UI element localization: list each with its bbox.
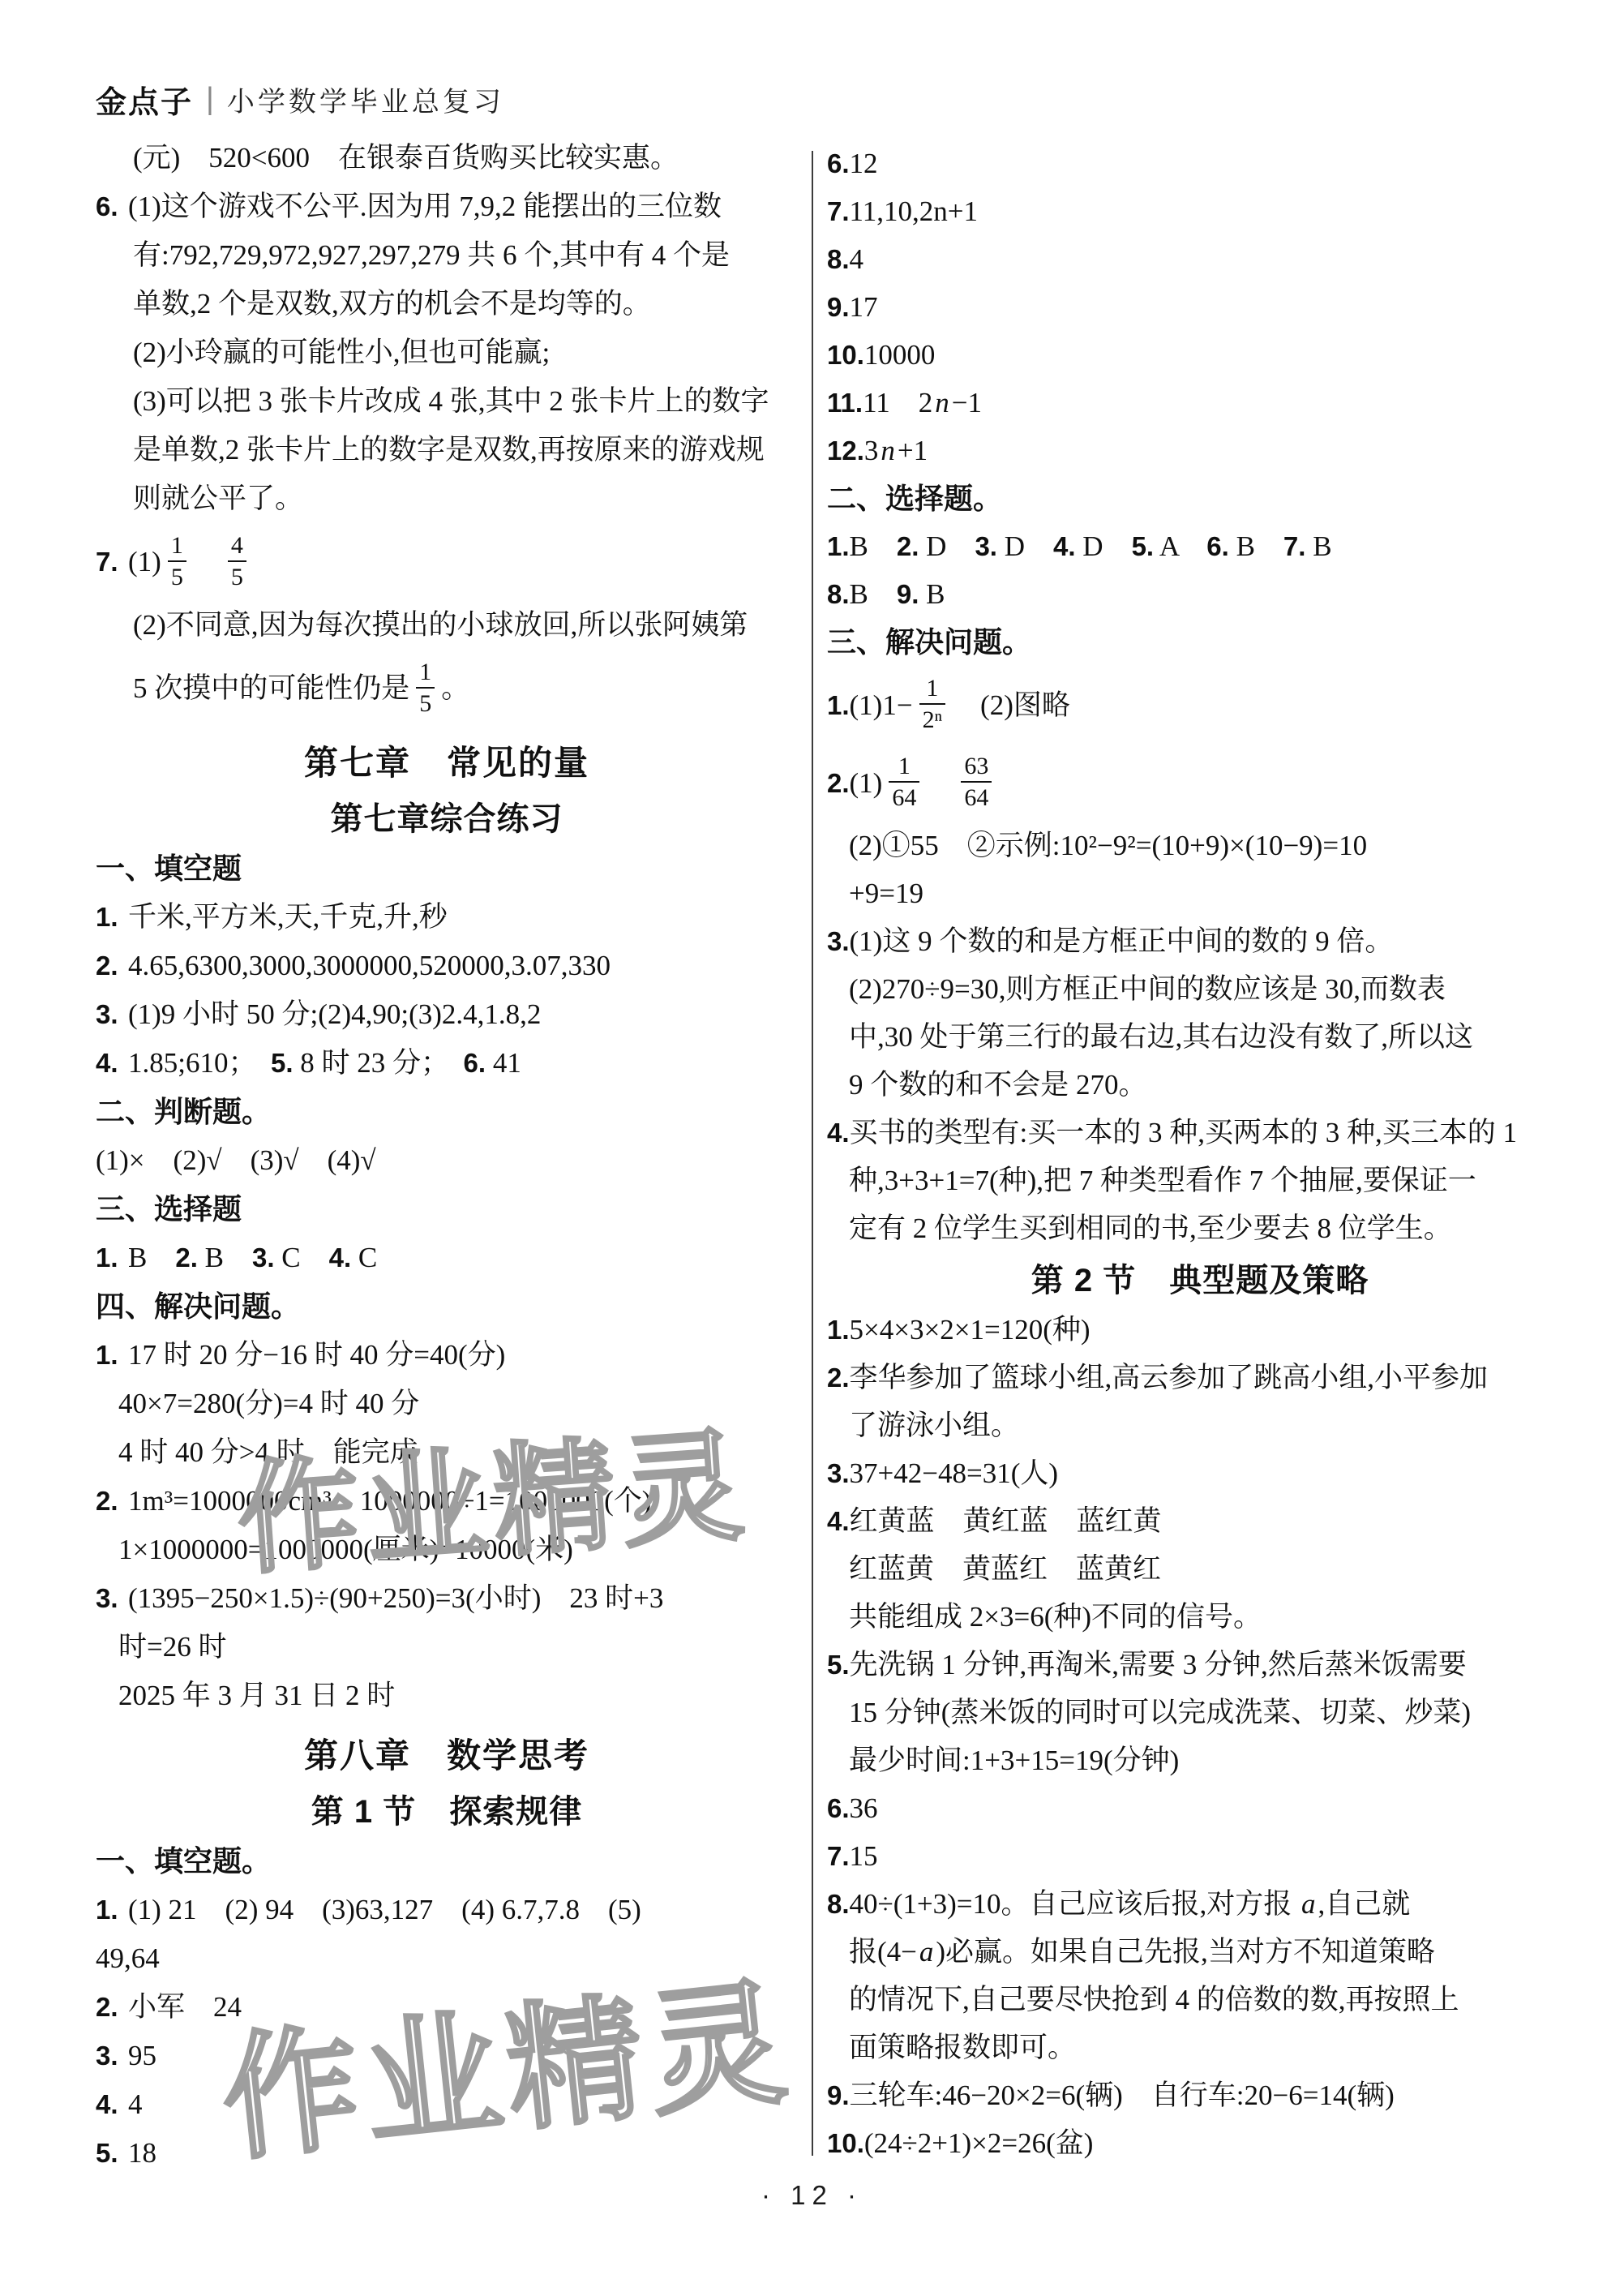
answer-line: 3.(1)9 小时 50 分;(2)4,90;(3)2.4,1.8,2 [96,990,798,1039]
answer-line: 最少时间:1+3+15=19(分钟) [827,1736,1573,1784]
answer-text: (1) [850,759,883,807]
answer-text: 36 [850,1792,878,1824]
answer-line: 2.1m³=1000000cm³ 1000000÷1=1000000(个) [96,1477,798,1526]
answer-line: 49,64 [96,1934,798,1983]
answer-line: 6.12 [827,139,1573,187]
fraction-denominator: 5 [228,560,246,593]
answer-line: 4.4 [96,2080,798,2129]
answer-text: ,自己就 [1318,1888,1411,1920]
answer-text: 5 次摸中的可能性仍是 [133,664,409,713]
fraction: 15 [168,531,186,593]
fraction-numerator: 4 [228,531,246,560]
item-number: 4. [827,1497,850,1545]
fraction-numerator: 1 [923,674,941,703]
answer-line: 5.先洗锅 1 分钟,再淘米,需要 3 分钟,然后蒸米饭需要 [827,1641,1573,1689]
section-heading: 第 1 节 探索规律 [96,1783,798,1837]
answer-line: (2)小玲赢的可能性小,但也可能赢; [96,328,798,377]
item-number-inline: 3. [975,531,997,561]
item-number: 1. [827,522,850,570]
answer-text: C [351,1242,377,1273]
answer-text [193,538,221,586]
answer-line: 15 分钟(蒸米饭的同时可以完成洗菜、切菜、炒菜) [827,1689,1573,1736]
answer-line: 1.B 2. B 3. C 4. C [96,1234,798,1282]
answer-text: 4 [850,243,864,275]
answer-text: (2)图略 [952,681,1070,729]
page-header: 金点子 | 小学数学毕业总复习 [96,78,504,120]
answer-line: 40×7=280(分)=4 时 40 分 [96,1380,798,1428]
fraction: 6364 [961,752,992,813]
section-label: 二、选择题。 [827,474,1573,522]
answer-text: (24÷2+1)×2=26(盆) [864,2127,1094,2159]
answer-text: B [919,578,945,610]
answer-text: 是单数,2 张卡片上的数字是双数,再按原来的游戏规 [133,434,765,466]
answer-line: 是单数,2 张卡片上的数字是双数,再按原来的游戏规 [96,426,798,474]
item-number: 1. [827,1306,850,1354]
fraction-numerator: 1 [895,752,914,781]
item-number: 5. [96,2129,128,2178]
answer-line: 中,30 处于第三行的最右边,其右边没有数了,所以这 [827,1013,1573,1061]
item-number: 1. [96,1234,128,1282]
item-number: 9. [827,2071,850,2119]
fraction: 45 [228,531,246,593]
answer-text: 先洗锅 1 分钟,再淘米,需要 3 分钟,然后蒸米饭需要 [850,1649,1467,1680]
answer-line: 7.11,10,2n+1 [827,187,1573,235]
answer-text: 中,30 处于第三行的最右边,其右边没有数了,所以这 [849,1021,1473,1053]
item-number: 6. [96,182,128,231]
fraction: 15 [416,658,435,719]
answer-text: D [1076,530,1132,562]
item-number: 9. [827,283,850,331]
item-number: 5. [827,1641,850,1689]
answer-text: A [1154,530,1206,562]
answer-text: (1)这 9 个数的和是方框正中间的数的 9 倍。 [850,925,1394,957]
answer-text: 17 时 20 分−16 时 40 分=40(分) [128,1339,505,1371]
answer-text: 12 [850,148,878,179]
item-number-inline: 3. [252,1243,275,1273]
answer-line: 6.36 [827,1784,1573,1832]
answer-line: (1)× (2)√ (3)√ (4)√ [96,1136,798,1185]
item-number: 10. [827,331,864,379]
fraction-denominator: 64 [961,781,992,813]
answer-text: 报(4− [849,1936,917,1968]
item-number: 3. [96,990,128,1039]
answer-line: 种,3+3+1=7(种),把 7 种类型看作 7 个抽屉,要保证一 [827,1157,1573,1204]
item-number: 10. [827,2119,864,2167]
answer-text: 红蓝黄 黄蓝红 蓝黄红 [849,1553,1161,1585]
answer-line: 3.37+42−48=31(人) [827,1449,1573,1497]
answer-text: 1m³=1000000cm³ 1000000÷1=1000000(个) [128,1485,651,1517]
answer-text: 面策略报数即可。 [849,2032,1076,2063]
item-number: 3. [827,917,850,965]
answer-text: (1)9 小时 50 分;(2)4,90;(3)2.4,1.8,2 [128,998,541,1030]
answer-text: (1)1− [850,681,913,729]
answer-line: 1.(1) 21 (2) 94 (3)63,127 (4) 6.7,7.8 (5… [96,1886,798,1934]
answer-line: 8.B 9. B [827,570,1573,618]
answer-text: 。 [441,664,469,713]
answer-text: 三轮车:46−20×2=6(辆) 自行车:20−6=14(辆) [850,2079,1395,2111]
answer-line: 4 时 40 分>4 时 能完成 [96,1428,798,1477]
answer-text: (3)可以把 3 张卡片改成 4 张,其中 2 张卡片上的数字 [133,385,769,417]
fraction-denominator: 5 [168,560,186,593]
answer-text: (2)不同意,因为每次摸出的小球放回,所以张阿姨第 [133,609,748,641]
answer-line: 3.95 [96,2032,798,2080]
answer-text: 4.65,6300,3000,3000000,520000,3.07,330 [128,950,611,981]
item-number: 7. [96,538,128,586]
answer-line: 8.4 [827,235,1573,283]
answer-text: 则就公平了。 [133,483,303,514]
answer-text: 95 [128,2040,156,2071]
answer-text: (2)270÷9=30,则方框正中间的数应该是 30,而数表 [849,973,1446,1005]
answer-line: 10.(24÷2+1)×2=26(盆) [827,2119,1573,2167]
column-divider [812,151,813,2156]
answer-text: 1.85;610； [128,1047,271,1079]
item-number-inline: 2. [897,531,919,561]
answer-line: 4.1.85;610； 5. 8 时 23 分； 6. 41 [96,1039,798,1088]
item-number: 11. [827,379,863,427]
item-number-inline: 6. [464,1048,486,1078]
answer-line: 了游泳小组。 [827,1401,1573,1449]
answer-text [926,759,954,807]
answer-line: 单数,2 个是双数,双方的机会不是均等的。 [96,280,798,328]
section-label: 一、填空题 [96,844,798,893]
answer-line: 定有 2 位学生买到相同的书,至少要去 8 位学生。 [827,1204,1573,1252]
item-number-inline: 2. [175,1243,198,1273]
answer-text: −1 [952,387,982,418]
chapter-heading: 第七章 常见的量 [96,727,798,791]
page-number: · 12 · [0,2180,1624,2211]
item-number: 3. [96,1574,128,1623]
answer-text: 共能组成 2×3=6(种)不同的信号。 [849,1601,1262,1633]
answer-text: D [919,530,975,562]
variable: n [878,435,898,466]
answer-line: 4.买书的类型有:买一本的 3 种,买两本的 3 种,买三本的 1 [827,1109,1573,1157]
answer-text: B [1305,530,1331,562]
answer-line: 1.(1)1−12ⁿ (2)图略 [827,666,1573,744]
answer-line: 7.(1)15 45 [96,523,798,601]
answer-text: C [275,1242,329,1273]
section-label: 四、解决问题。 [96,1282,798,1331]
answer-line: (3)可以把 3 张卡片改成 4 张,其中 2 张卡片上的数字 [96,377,798,426]
answer-text: 2025 年 3 月 31 日 2 时 [118,1680,395,1711]
page-subtitle: 小学数学毕业总复习 [227,79,504,119]
fraction-numerator: 1 [168,531,186,560]
answer-line: 4.红黄蓝 黄红蓝 蓝红黄 [827,1497,1573,1545]
item-number: 2. [827,759,850,807]
section-heading: 第 2 节 典型题及策略 [827,1252,1573,1306]
answer-line: 2.4.65,6300,3000,3000000,520000,3.07,330 [96,942,798,990]
answer-text: B [128,1242,175,1273]
item-number: 4. [96,2080,128,2129]
answer-text: 红黄蓝 黄红蓝 蓝红黄 [850,1505,1162,1537]
answer-text: 种,3+3+1=7(种),把 7 种类型看作 7 个抽屉,要保证一 [849,1165,1476,1196]
answer-line: 共能组成 2×3=6(种)不同的信号。 [827,1593,1573,1641]
answer-text: 有:792,729,972,927,297,279 共 6 个,其中有 4 个是 [133,239,730,271]
item-number-inline: 4. [329,1243,352,1273]
answer-text: 8 时 23 分； [294,1047,464,1079]
brand-title: 金点子 [96,77,193,122]
fraction: 12ⁿ [919,674,945,736]
answer-line: 2025 年 3 月 31 日 2 时 [96,1672,798,1720]
answer-line: 1.B 2. D 3. D 4. D 5. A 6. B 7. B [827,522,1573,570]
item-number: 4. [96,1039,128,1088]
answer-text: 5×4×3×2×1=120(种) [850,1314,1091,1346]
right-column: 6.127.11,10,2n+18.49.1710.1000011.11 2n−… [827,139,1573,2167]
answer-text: B [198,1242,252,1273]
item-number: 7. [827,1832,850,1880]
answer-line: 1×1000000=1000000(厘米)=10000(米) [96,1526,798,1574]
answer-text: (2)①55 ②示例:10²−9²=(10+9)×(10−9)=10 [849,830,1367,861]
fraction-denominator: 2ⁿ [919,703,945,736]
answer-line: 3.(1)这 9 个数的和是方框正中间的数的 9 倍。 [827,917,1573,965]
answer-text: 最少时间:1+3+15=19(分钟) [849,1745,1179,1776]
section-heading: 第七章综合练习 [96,791,798,844]
item-number: 8. [827,1880,850,1928]
answer-line: 时=26 时 [96,1623,798,1672]
item-number: 8. [827,235,850,283]
fraction-denominator: 64 [889,781,919,813]
answer-text: 4 时 40 分>4 时 能完成 [118,1436,418,1468]
item-number-inline: 4. [1053,531,1076,561]
answer-line: 1.17 时 20 分−16 时 40 分=40(分) [96,1331,798,1380]
section-label: 二、判断题。 [96,1088,798,1136]
item-number-inline: 9. [897,579,919,609]
answer-text: (1)× (2)√ (3)√ (4)√ [96,1144,376,1176]
answer-text: 15 [850,1840,878,1872]
answer-text: 40÷(1+3)=10。自己应该后报,对方报 [850,1888,1300,1920]
section-label: 三、选择题 [96,1185,798,1234]
answer-text: 10000 [864,339,936,371]
answer-text: )必赢。如果自己先报,当对方不知道策略 [936,1936,1434,1968]
header-separator: | [206,82,214,117]
answer-text: 40×7=280(分)=4 时 40 分 [118,1388,419,1419]
fraction-denominator: 5 [416,687,435,719]
variable: a [1299,1888,1318,1920]
answer-line: 12.3n+1 [827,427,1573,474]
item-number: 12. [827,427,864,474]
item-number: 3. [827,1449,850,1497]
item-number-inline: 6. [1206,531,1229,561]
answer-text: 9 个数的和不会是 270。 [849,1069,1147,1101]
answer-line: 的情况下,自己要尽快抢到 4 的倍数的数,再按照上 [827,1976,1573,2024]
item-number: 1. [96,1331,128,1380]
variable: a [917,1936,936,1968]
answer-text: 时=26 时 [118,1631,227,1663]
answer-line: 6.(1)这个游戏不公平.因为用 7,9,2 能摆出的三位数 [96,182,798,231]
answer-line: 9.三轮车:46−20×2=6(辆) 自行车:20−6=14(辆) [827,2071,1573,2119]
answer-line: 有:792,729,972,927,297,279 共 6 个,其中有 4 个是 [96,231,798,280]
answer-text: (元) 520<600 在银泰百货购买比较实惠。 [133,142,679,174]
item-number-inline: 7. [1283,531,1306,561]
answer-line: (2)不同意,因为每次摸出的小球放回,所以张阿姨第 [96,601,798,650]
answer-text: 11,10,2n+1 [850,195,978,227]
answer-text: 49,64 [96,1942,160,1974]
answer-text: (2)小玲赢的可能性小,但也可能赢; [133,337,550,368]
answer-text: +1 [898,435,928,466]
answer-line: 9.17 [827,283,1573,331]
answer-line: 5 次摸中的可能性仍是15。 [96,650,798,727]
answer-line: 11.11 2n−1 [827,379,1573,427]
answer-line: 8.40÷(1+3)=10。自己应该后报,对方报 a,自己就 [827,1880,1573,1928]
answer-text: (1) [128,538,161,586]
answer-line: (2)①55 ②示例:10²−9²=(10+9)×(10−9)=10 [827,822,1573,869]
item-number: 7. [827,187,850,235]
answer-text: +9=19 [849,878,923,909]
answer-text: 单数,2 个是双数,双方的机会不是均等的。 [133,288,651,320]
answer-line: (元) 520<600 在银泰百货购买比较实惠。 [96,134,798,182]
answer-line: 1.5×4×3×2×1=120(种) [827,1306,1573,1354]
answer-line: 2.(1)164 6364 [827,744,1573,822]
answer-text: 李华参加了篮球小组,高云参加了跳高小组,小平参加 [850,1362,1489,1393]
item-number: 1. [827,681,850,729]
answer-line: 9 个数的和不会是 270。 [827,1061,1573,1109]
answer-text: 41 [486,1047,521,1079]
answer-text: 1×1000000=1000000(厘米)=10000(米) [118,1534,573,1565]
item-number: 1. [96,893,128,942]
item-number: 2. [96,1983,128,2032]
answer-line: 1.千米,平方米,天,千克,升,秒 [96,893,798,942]
answer-line: 3.(1395−250×1.5)÷(90+250)=3(小时) 23 时+3 [96,1574,798,1623]
answer-line: 则就公平了。 [96,474,798,523]
section-label: 三、解决问题。 [827,618,1573,666]
item-number: 4. [827,1109,850,1157]
answer-page: 金点子 | 小学数学毕业总复习 作业精灵 作业精灵 (元) 520<600 在银… [0,0,1624,2279]
answer-line: 报(4−a)必赢。如果自己先报,当对方不知道策略 [827,1928,1573,1976]
answer-text: 的情况下,自己要尽快抢到 4 的倍数的数,再按照上 [849,1984,1459,2015]
answer-text: B [850,578,897,610]
answer-text: B [850,530,897,562]
fraction: 164 [889,752,919,813]
item-number: 6. [827,139,850,187]
answer-text: 千米,平方米,天,千克,升,秒 [128,901,448,933]
answer-text: 37+42−48=31(人) [850,1457,1059,1489]
chapter-heading: 第八章 数学思考 [96,1720,798,1783]
answer-text: 了游泳小组。 [849,1410,1019,1441]
answer-text: 15 分钟(蒸米饭的同时可以完成洗菜、切菜、炒菜) [849,1697,1471,1728]
answer-text: 买书的类型有:买一本的 3 种,买两本的 3 种,买三本的 1 [850,1117,1517,1148]
item-number: 2. [96,942,128,990]
item-number: 8. [827,570,850,618]
answer-text: (1395−250×1.5)÷(90+250)=3(小时) 23 时+3 [128,1582,663,1614]
answer-text: 4 [128,2088,143,2120]
fraction-numerator: 63 [961,752,992,781]
answer-line: 2.小军 24 [96,1983,798,2032]
answer-line: (2)270÷9=30,则方框正中间的数应该是 30,而数表 [827,965,1573,1013]
answer-line: 面策略报数即可。 [827,2024,1573,2071]
answer-text: (1)这个游戏不公平.因为用 7,9,2 能摆出的三位数 [128,191,722,222]
answer-line: 2.李华参加了篮球小组,高云参加了跳高小组,小平参加 [827,1354,1573,1401]
answer-line: 红蓝黄 黄蓝红 蓝黄红 [827,1545,1573,1593]
left-column: (元) 520<600 在银泰百货购买比较实惠。6.(1)这个游戏不公平.因为用… [96,134,798,2178]
answer-text: 17 [850,291,878,323]
fraction-numerator: 1 [416,658,435,687]
item-number-inline: 5. [1132,531,1155,561]
section-label: 一、填空题。 [96,1837,798,1886]
answer-line: 5.18 [96,2129,798,2178]
item-number: 2. [827,1354,850,1401]
answer-text: D [997,530,1053,562]
answer-line: 10.10000 [827,331,1573,379]
answer-text: 11 2 [863,387,932,418]
item-number: 1. [96,1886,128,1934]
answer-text: 18 [128,2137,156,2169]
item-number-inline: 5. [271,1048,294,1078]
item-number: 6. [827,1784,850,1832]
answer-text: 3 [864,435,879,466]
item-number: 3. [96,2032,128,2080]
answer-line: 7.15 [827,1832,1573,1880]
answer-text: B [1229,530,1283,562]
answer-text: 定有 2 位学生买到相同的书,至少要去 8 位学生。 [849,1212,1452,1244]
answer-text: 小军 24 [128,1991,242,2023]
answer-line: +9=19 [827,869,1573,917]
item-number: 2. [96,1477,128,1526]
answer-text: (1) 21 (2) 94 (3)63,127 (4) 6.7,7.8 (5) [128,1894,641,1925]
variable: n [932,387,952,418]
